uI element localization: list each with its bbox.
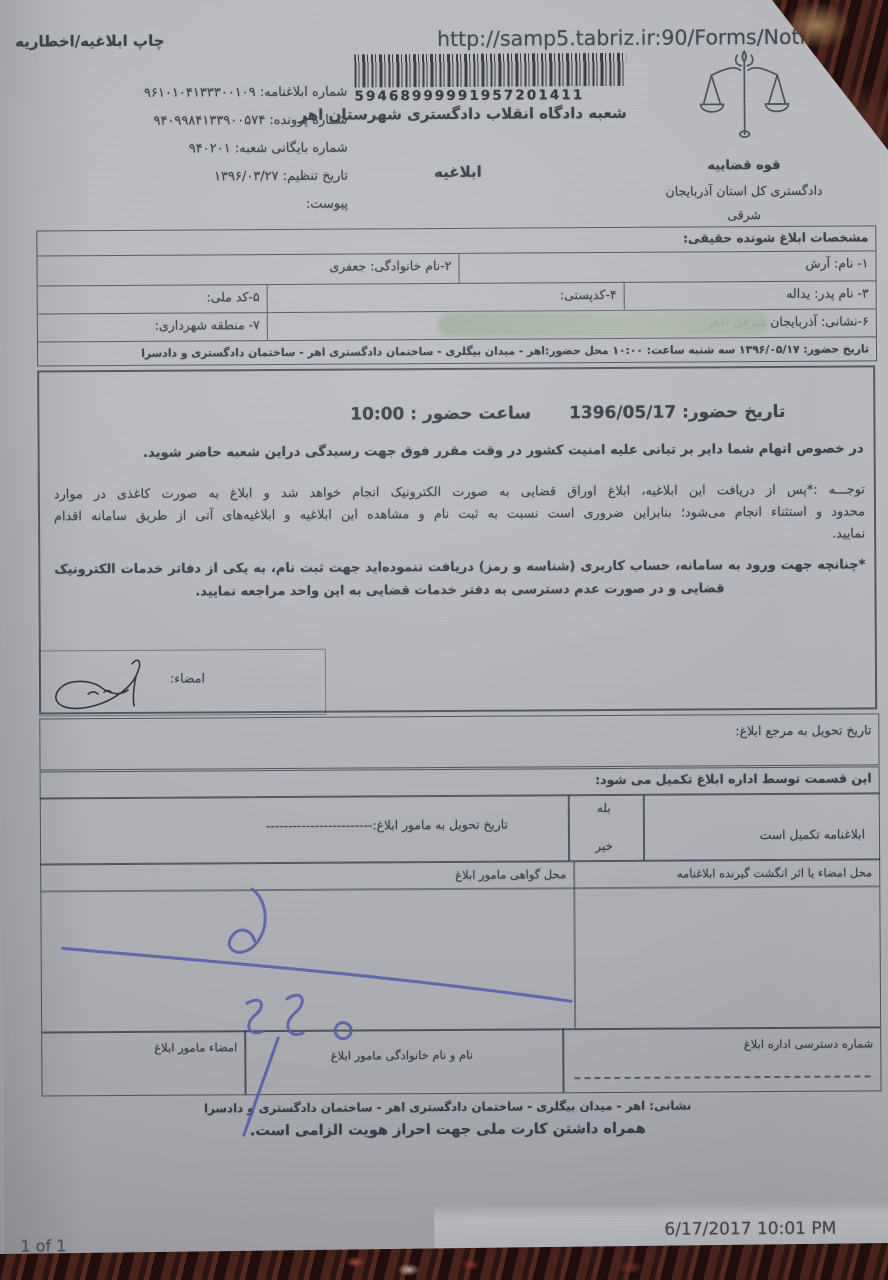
- recipient-father-cell: ۳- نام پدر: یداله: [625, 281, 876, 311]
- signature-box: امضاء:: [39, 649, 326, 717]
- recipient-family-cell: ۲-نام خانوادگی: جعفری: [37, 254, 459, 287]
- redaction-smudge: [438, 311, 768, 337]
- delivery-officer-label: تاریخ تحویل به مامور ابلاغ:: [372, 818, 508, 833]
- photo-scene: چاپ ابلاغیه/اخطاریه http://samp5.tabriz.…: [0, 0, 888, 1280]
- barcode-number: 59468999991957201411: [354, 87, 584, 104]
- meta-value: ۱۳۹۶/۰۳/۲۷: [214, 169, 279, 184]
- meta-label: پیوست:: [306, 197, 348, 212]
- account-paragraph: *چنانچه جهت ورود به سامانه، حساب کاربری …: [54, 553, 865, 604]
- officer-sign-label: امضاء مامور ابلاغ: [42, 1036, 244, 1061]
- attendance-date: تاریخ حضور: 1396/05/17: [569, 402, 785, 423]
- completion-table: ابلاغنامه تکمیل است بله خیر تاریخ تحویل …: [40, 792, 880, 865]
- meta-value: ۹۴۰۹۹۸۴۱۳۳۹۰۰۵۷۴: [153, 113, 265, 129]
- emblem-subtitle-2: شرقی: [708, 207, 780, 222]
- recipient-sign-header: محل امضاء یا اثر انگشت گیرنده ابلاغنامه: [573, 861, 879, 887]
- attendance-summary-row: تاریخ حضور: ۱۳۹۶/۰۵/۱۷ سه شنبه ساعت: ۱۰:…: [38, 337, 876, 365]
- completion-label: ابلاغنامه تکمیل است: [643, 823, 879, 854]
- judiciary-emblem-icon: [697, 48, 792, 159]
- notice-box: تاریخ حضور: 1396/05/17 ساعت حضور : 10:00…: [37, 365, 877, 714]
- delivery-authority-row: تاریخ تحویل به مرجع ابلاغ:: [39, 713, 879, 770]
- meta-row-issue-date: تاریخ تنظیم: ۱۳۹۶/۰۳/۲۷: [56, 169, 348, 199]
- attendance-line: تاریخ حضور: 1396/05/17 ساعت حضور : 10:00: [39, 401, 873, 426]
- footer-address: نشانی: اهر - میدان بیگلری - ساختمان دادگ…: [148, 1098, 748, 1116]
- recipient-municipality-cell: ۷- منطقه شهرداری:: [38, 313, 268, 342]
- no-option: خیر: [568, 835, 643, 857]
- attendance-time: ساعت حضور : 10:00: [350, 403, 531, 424]
- meta-fields: شماره ابلاغنامه: ۹۶۱۰۱۰۴۱۳۳۳۰۰۱۰۹ شماره …: [55, 85, 348, 227]
- delivery-officer-line: تاریخ تحویل به مامور ابلاغ:-------------…: [41, 813, 568, 844]
- page-indicator: 1 of 1: [20, 1236, 66, 1255]
- certification-table: محل امضاء یا اثر انگشت گیرنده ابلاغنامه …: [40, 858, 881, 1096]
- officer-cert-header: محل گواهی مامور ابلاغ: [341, 863, 573, 888]
- meta-label: شماره ابلاغنامه:: [260, 85, 348, 101]
- attendance-time-label: ساعت حضور :: [410, 403, 531, 424]
- dotted-line: [574, 1075, 870, 1079]
- document-paper: چاپ ابلاغیه/اخطاریه http://samp5.tabriz.…: [0, 0, 888, 1280]
- signature-label: امضاء:: [170, 670, 205, 685]
- recipient-signature-ink: [44, 654, 164, 715]
- dashed-fill: ------------------------: [266, 818, 373, 833]
- recipient-table: مشخصات ابلاغ شونده حقیقی: ۱- نام: آرش ۲-…: [36, 225, 877, 366]
- meta-label: شماره بایگانی شعبه:: [235, 141, 348, 157]
- meta-row-attachment: پیوست:: [56, 197, 348, 227]
- recipient-name-cell: ۱- نام: آرش: [459, 251, 875, 284]
- print-notice-label: چاپ ابلاغیه/اخطاریه: [15, 32, 165, 51]
- officer-name-label: نام و نام خانوادگی مامور ابلاغ: [244, 1043, 562, 1069]
- footer-warning: همراه داشتن کارت ملی جهت احراز هویت الزا…: [198, 1120, 698, 1139]
- meta-value: ۹۶۱۰۱۰۴۱۳۳۳۰۰۱۰۹: [144, 85, 256, 101]
- charge-text: در خصوص اتهام شما دایر بر تبانی علیه امن…: [50, 441, 864, 461]
- office-access-label: شماره دسترسی اداره ابلاغ: [562, 1032, 880, 1058]
- meta-row-archive-number: شماره بایگانی شعبه: ۹۴۰۲۰۱: [56, 141, 348, 171]
- meta-row-notice-number: شماره ابلاغنامه: ۹۶۱۰۱۰۴۱۳۳۳۰۰۱۰۹: [55, 85, 347, 115]
- barcode-icon: [354, 53, 626, 88]
- attendance-time-value: 10:00: [350, 404, 404, 424]
- recipient-postal-cell: ۴-کدپستی:: [268, 283, 625, 313]
- yes-option: بله: [568, 797, 643, 819]
- attendance-date-value: 1396/05/17: [569, 403, 676, 424]
- meta-value: ۹۴۰۲۰۱: [189, 141, 231, 156]
- meta-label: شماره پرونده:: [269, 113, 347, 128]
- note-paragraph: توجـــه :*پس از دریافت این ابلاغیه، ابلا…: [54, 479, 865, 550]
- meta-label: تاریخ تنظیم:: [283, 169, 348, 184]
- attendance-date-label: تاریخ حضور:: [682, 402, 785, 423]
- doc-type-title: ابلاغیه: [378, 162, 538, 181]
- emblem-subtitle-1: دادگستری کل استان آذربایجان: [634, 182, 854, 198]
- print-timestamp: 6/17/2017 10:01 PM: [664, 1219, 836, 1240]
- delivery-authority-label: تاریخ تحویل به مرجع ابلاغ:: [40, 718, 878, 747]
- recipient-national-id-cell: ۵-کد ملی:: [38, 285, 268, 314]
- divider: [42, 1026, 880, 1033]
- meta-row-case-number: شماره پرونده: ۹۴۰۹۹۸۴۱۳۳۹۰۰۵۷۴: [56, 113, 348, 143]
- document-content: چاپ ابلاغیه/اخطاریه http://samp5.tabriz.…: [0, 0, 888, 1280]
- emblem-title: قوه قضاییه: [688, 158, 800, 174]
